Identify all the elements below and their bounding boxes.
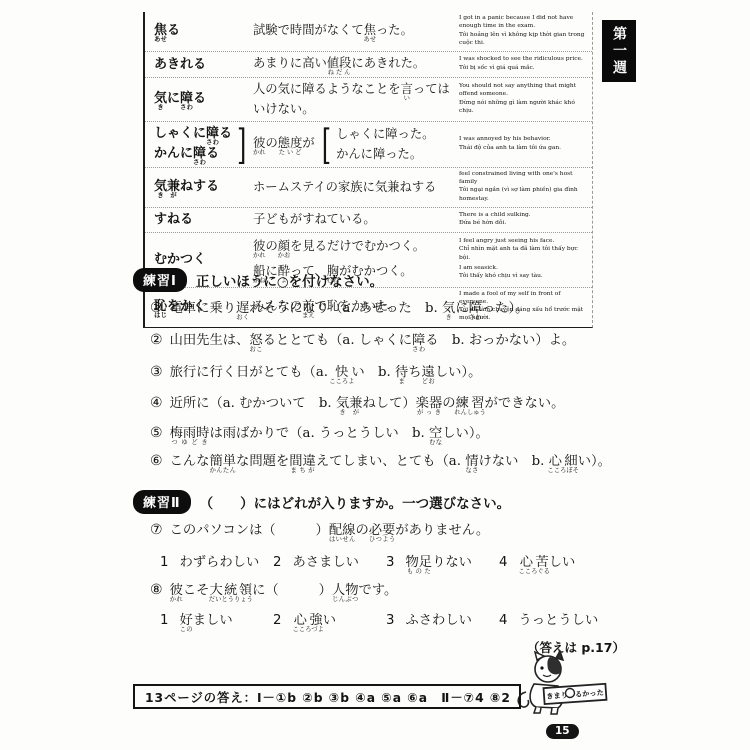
answer-option: 2あさましい <box>273 551 386 574</box>
exercise1-instruction: 正しいほうに○を付けなさい。 <box>196 270 383 290</box>
vocab-row: 焦あせる試験で時間がなくて焦あせった。I got in a panic beca… <box>145 12 592 51</box>
vocab-translation: I got in a panic because I did not have … <box>459 14 592 49</box>
vocab-example-sentence: 試験で時間がなくて焦あせった。 <box>253 21 459 42</box>
vocab-row: 気兼きがねするホームステイの家族に気兼ねするfeel constrained l… <box>145 167 592 207</box>
question-text: 山田先生は、怒おこるととても（a. しゃくに障さわる b. おっかない）よ。 <box>170 333 576 348</box>
question-number: ⑤ <box>150 425 163 441</box>
option-label: あさましい <box>292 555 358 570</box>
option-number: 3 <box>386 613 394 628</box>
question-number: ⑥ <box>150 453 163 469</box>
option-label: 物足ものたりない <box>405 555 471 570</box>
option-label: ふさわしい <box>405 613 471 628</box>
exercise1-question: ⑤梅雨時つゆどきは雨ばかりで（a. うっとうしい b. 空むなしい）。 <box>150 425 489 445</box>
answer-option: 2心強こころづよい <box>273 609 386 632</box>
vocab-word: すねる <box>145 210 253 230</box>
question-number: ② <box>150 332 163 348</box>
vocab-example-sentence: ホームステイの家族に気兼ねする <box>253 178 459 198</box>
option-label: わずらわしい <box>179 555 259 570</box>
page-number-badge: 15 <box>546 724 579 739</box>
exercise1-question: ⑥こんな簡単かんたんな問題を間違まちがえてしまい、とても（a. 情なさけない b… <box>150 453 611 473</box>
question-number: ⑦ <box>150 522 163 538</box>
vocab-row: 気きに障さわる人の気に障るようなことを言いってはいけない。You should … <box>145 77 592 121</box>
vocab-example-sentence: あまりに高い値段ねだんにあきれた。 <box>253 54 459 75</box>
exercise1-question: ①電車に乗り遅おくれそうになり（a. あせった b. 気きに障さわった）。 <box>150 300 528 320</box>
question-text: 彼かれこそ大統領だいとうりょうに（ ）人物じんぶつです。 <box>170 583 398 598</box>
answer-options-row: 1好このましい2心強こころづよい3ふさわしい4うっとうしい <box>160 609 598 632</box>
answer-options-row: 1わずらわしい2あさましい3物足ものたりない4心苦こころぐるしい <box>160 551 575 574</box>
question-text: 近所に（a. むかついて b. 気兼きがねして）楽器がっきの練習れんしゅうができ… <box>170 396 565 411</box>
option-number: 2 <box>273 613 281 628</box>
question-text: こんな簡単かんたんな問題を間違まちがえてしまい、とても（a. 情なさけない b.… <box>170 454 611 469</box>
question-number: ③ <box>150 364 163 380</box>
vocab-translation: I was annoyed by his behavior.Thái độ củ… <box>459 135 592 154</box>
cat-mascot-icon: きまりわるかった <box>512 650 612 718</box>
option-number: 1 <box>160 613 168 628</box>
answer-option: 1わずらわしい <box>160 551 273 574</box>
vocab-word: 焦あせる <box>145 21 253 42</box>
vocab-word: 気兼きがねする <box>145 177 253 198</box>
answer-option: 4うっとうしい <box>499 609 598 632</box>
vocab-example-sentence: 彼かれの態度たいどが[しゃくに障った。かんに障った。 <box>253 125 459 164</box>
vocab-translation: I feel angry just seeing his face.Chỉ nh… <box>459 237 592 282</box>
vocab-row: あきれるあまりに高い値段ねだんにあきれた。I was shocked to se… <box>145 51 592 77</box>
option-label: 心苦こころぐるしい <box>518 555 575 570</box>
exercise1-question: ②山田先生は、怒おこるととても（a. しゃくに障さわる b. おっかない）よ。 <box>150 332 575 352</box>
previous-answers-text: 13ページの答え：Ⅰ－①b ②b ③b ④a ⑤a ⑥a Ⅱ－⑦4 ⑧2 <box>145 688 511 706</box>
vocab-example-sentence: 子どもがすねている。 <box>253 210 459 230</box>
cat-mascot: きまりわるかった <box>512 650 612 722</box>
option-label: 心強こころづよい <box>292 613 336 628</box>
vocab-row: すねる子どもがすねている。There is a child sulking.Đứ… <box>145 207 592 232</box>
chapter-tab-label: 第一週 <box>609 26 629 77</box>
exercise2-badge: 練習Ⅱ <box>133 490 191 514</box>
previous-answers-box: 13ページの答え：Ⅰ－①b ②b ③b ④a ⑤a ⑥a Ⅱ－⑦4 ⑧2 <box>133 684 521 709</box>
question-text: 電車に乗り遅おくれそうになり（a. あせった b. 気きに障さわった）。 <box>170 301 529 316</box>
option-number: 2 <box>273 555 281 570</box>
exercise1-questions: ①電車に乗り遅おくれそうになり（a. あせった b. 気きに障さわった）。②山田… <box>150 300 725 480</box>
option-label: うっとうしい <box>518 613 598 628</box>
exercise1-badge: 練習Ⅰ <box>133 268 187 292</box>
vocab-example-sentence: 人の気に障るようなことを言いってはいけない。 <box>253 80 459 119</box>
answer-option: 1好このましい <box>160 609 273 632</box>
exercise2-question: ⑧彼かれこそ大統領だいとうりょうに（ ）人物じんぶつです。 <box>150 582 397 602</box>
vocab-word: むかつく <box>145 250 253 270</box>
vocab-word: しゃくに障さわるかんに障さわる] <box>145 124 253 165</box>
question-number: ⑧ <box>150 582 163 598</box>
option-number: 4 <box>499 613 507 628</box>
vocab-translation: feel constrained living with one's host … <box>459 170 592 205</box>
vocab-translation: You should not say anything that might o… <box>459 82 592 117</box>
exercise2-question: ⑦このパソコンは（ ）配線はいせんの必要ひつようがありません。 <box>150 522 489 542</box>
answer-option: 3物足ものたりない <box>386 551 499 574</box>
option-label: 好このましい <box>179 613 232 628</box>
answer-option: 4心苦こころぐるしい <box>499 551 575 574</box>
vocab-translation: There is a child sulking.Đứa bé hờn dỗi. <box>459 211 592 230</box>
option-number: 4 <box>499 555 507 570</box>
question-text: 旅行に行く日がとても（a. 快こころよい b. 待まち遠どおしい）。 <box>170 365 482 380</box>
exercise1-question: ④近所に（a. むかついて b. 気兼きがねして）楽器がっきの練習れんしゅうがで… <box>150 395 564 415</box>
option-number: 3 <box>386 555 394 570</box>
textbook-page: 第一週 焦あせる試験で時間がなくて焦あせった。I got in a panic … <box>0 0 750 750</box>
exercise1-question: ③旅行に行く日がとても（a. 快こころよい b. 待まち遠どおしい）。 <box>150 364 481 384</box>
exercise2-header: 練習Ⅱ （ ）にはどれが入りますか。一つ選びなさい。 <box>133 490 510 514</box>
vocab-translation: I was shocked to see the ridiculous pric… <box>459 55 592 74</box>
question-text: 梅雨時つゆどきは雨ばかりで（a. うっとうしい b. 空むなしい）。 <box>170 426 489 441</box>
question-number: ④ <box>150 395 163 411</box>
chapter-tab: 第一週 <box>602 20 636 82</box>
vocab-word: あきれる <box>145 55 253 75</box>
vocab-word: 気きに障さわる <box>145 89 253 110</box>
question-text: このパソコンは（ ）配線はいせんの必要ひつようがありません。 <box>170 523 490 538</box>
option-number: 1 <box>160 555 168 570</box>
question-number: ① <box>150 300 163 316</box>
exercise1-header: 練習Ⅰ 正しいほうに○を付けなさい。 <box>133 268 383 292</box>
answer-option: 3ふさわしい <box>386 609 499 632</box>
exercise2-instruction: （ ）にはどれが入りますか。一つ選びなさい。 <box>200 492 511 512</box>
vocab-row: しゃくに障さわるかんに障さわる]彼かれの態度たいどが[しゃくに障った。かんに障っ… <box>145 121 592 167</box>
